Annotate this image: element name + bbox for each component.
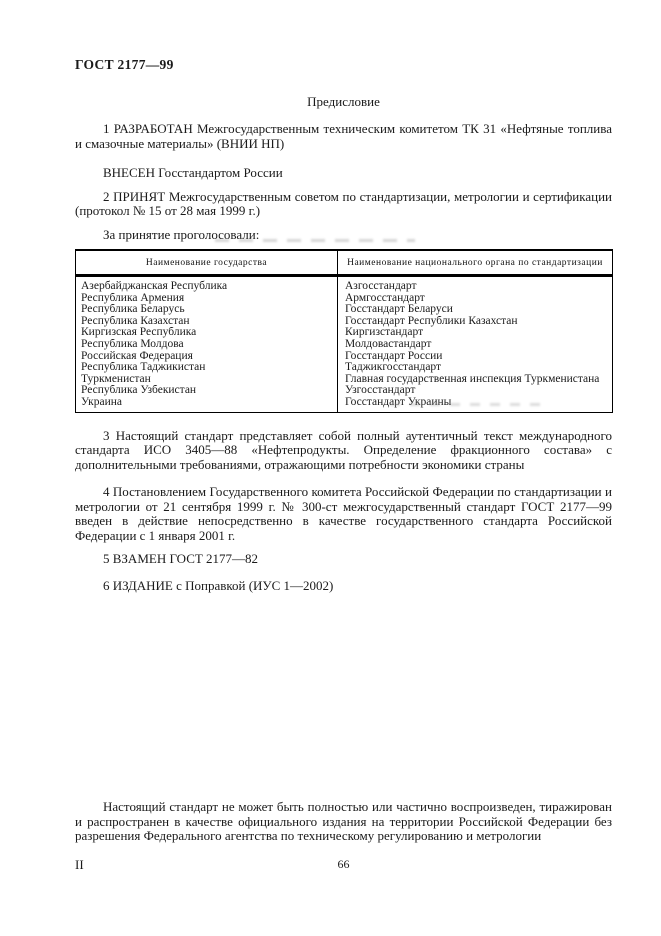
intro-paragraph-developed: 1 РАЗРАБОТАН Межгосударственным техничес… xyxy=(75,122,612,151)
post-paragraph-replaces: 5 ВЗАМЕН ГОСТ 2177—82 xyxy=(75,552,612,567)
country-cell: Украина xyxy=(76,397,338,412)
agency-cell: Узгосстандарт xyxy=(338,385,613,397)
table-row: ТуркменистанГлавная государственная инсп… xyxy=(76,374,613,386)
restriction-note: Настоящий стандарт не может быть полност… xyxy=(75,800,612,844)
table-row: Республика МолдоваМолдовастандарт xyxy=(76,339,613,351)
vote-table: Наименование государства Наименование на… xyxy=(75,249,613,413)
country-cell: Азербайджанская Республика xyxy=(76,276,338,293)
page-number: 66 xyxy=(75,857,612,872)
country-cell: Республика Беларусь xyxy=(76,304,338,316)
post-paragraph-decree: 4 Постановлением Государственного комите… xyxy=(75,485,612,543)
country-cell: Республика Таджикистан xyxy=(76,362,338,374)
country-cell: Киргизская Республика xyxy=(76,327,338,339)
agency-cell: Азгосстандарт xyxy=(338,276,613,293)
header-agency: Наименование национального органа по ста… xyxy=(338,250,613,276)
header-country: Наименование государства xyxy=(76,250,338,276)
country-cell: Российская Федерация xyxy=(76,351,338,363)
table-row: Республика УзбекистанУзгосстандарт xyxy=(76,385,613,397)
vote-intro: За принятие проголосовали: xyxy=(75,228,612,243)
agency-cell: Таджикгосстандарт xyxy=(338,362,613,374)
table-row: УкраинаГосстандарт Украины xyxy=(76,397,613,412)
agency-cell: Молдовастандарт xyxy=(338,339,613,351)
table-row: Республика КазахстанГосстандарт Республи… xyxy=(76,316,613,328)
table-header-row: Наименование государства Наименование на… xyxy=(76,250,613,276)
vote-table-body: Азербайджанская РеспубликаАзгосстандартР… xyxy=(76,276,613,413)
table-row: Республика АрменияАрмгосстандарт xyxy=(76,293,613,305)
page-footer: II 66 xyxy=(75,857,612,873)
post-paragraph-authentic: 3 Настоящий стандарт представляет собой … xyxy=(75,429,612,473)
intro-paragraph-adopted: 2 ПРИНЯТ Межгосударственным советом по с… xyxy=(75,190,612,219)
country-cell: Туркменистан xyxy=(76,374,338,386)
doc-number: ГОСТ 2177—99 xyxy=(75,57,612,73)
agency-cell: Армгосстандарт xyxy=(338,293,613,305)
table-row: Российская ФедерацияГосстандарт России xyxy=(76,351,613,363)
table-row: Азербайджанская РеспубликаАзгосстандарт xyxy=(76,276,613,293)
agency-cell: Госстандарт Украины xyxy=(338,397,613,412)
post-paragraph-edition: 6 ИЗДАНИЕ с Поправкой (ИУС 1—2002) xyxy=(75,579,612,594)
document-page: ГОСТ 2177—99 Предисловие 1 РАЗРАБОТАН Ме… xyxy=(0,0,661,936)
table-row: Киргизская РеспубликаКиргизстандарт xyxy=(76,327,613,339)
agency-cell: Киргизстандарт xyxy=(338,327,613,339)
agency-cell: Госстандарт Беларуси xyxy=(338,304,613,316)
country-cell: Республика Армения xyxy=(76,293,338,305)
section-title: Предисловие xyxy=(75,94,612,110)
country-cell: Республика Узбекистан xyxy=(76,385,338,397)
table-row: Республика БеларусьГосстандарт Беларуси xyxy=(76,304,613,316)
country-cell: Республика Казахстан xyxy=(76,316,338,328)
agency-cell: Главная государственная инспекция Туркме… xyxy=(338,374,613,386)
intro-paragraph-submitted: ВНЕСЕН Госстандартом России xyxy=(75,166,612,181)
vote-table-header: Наименование государства Наименование на… xyxy=(76,250,613,276)
table-row: Республика ТаджикистанТаджикгосстандарт xyxy=(76,362,613,374)
country-cell: Республика Молдова xyxy=(76,339,338,351)
agency-cell: Госстандарт Республики Казахстан xyxy=(338,316,613,328)
agency-cell: Госстандарт России xyxy=(338,351,613,363)
